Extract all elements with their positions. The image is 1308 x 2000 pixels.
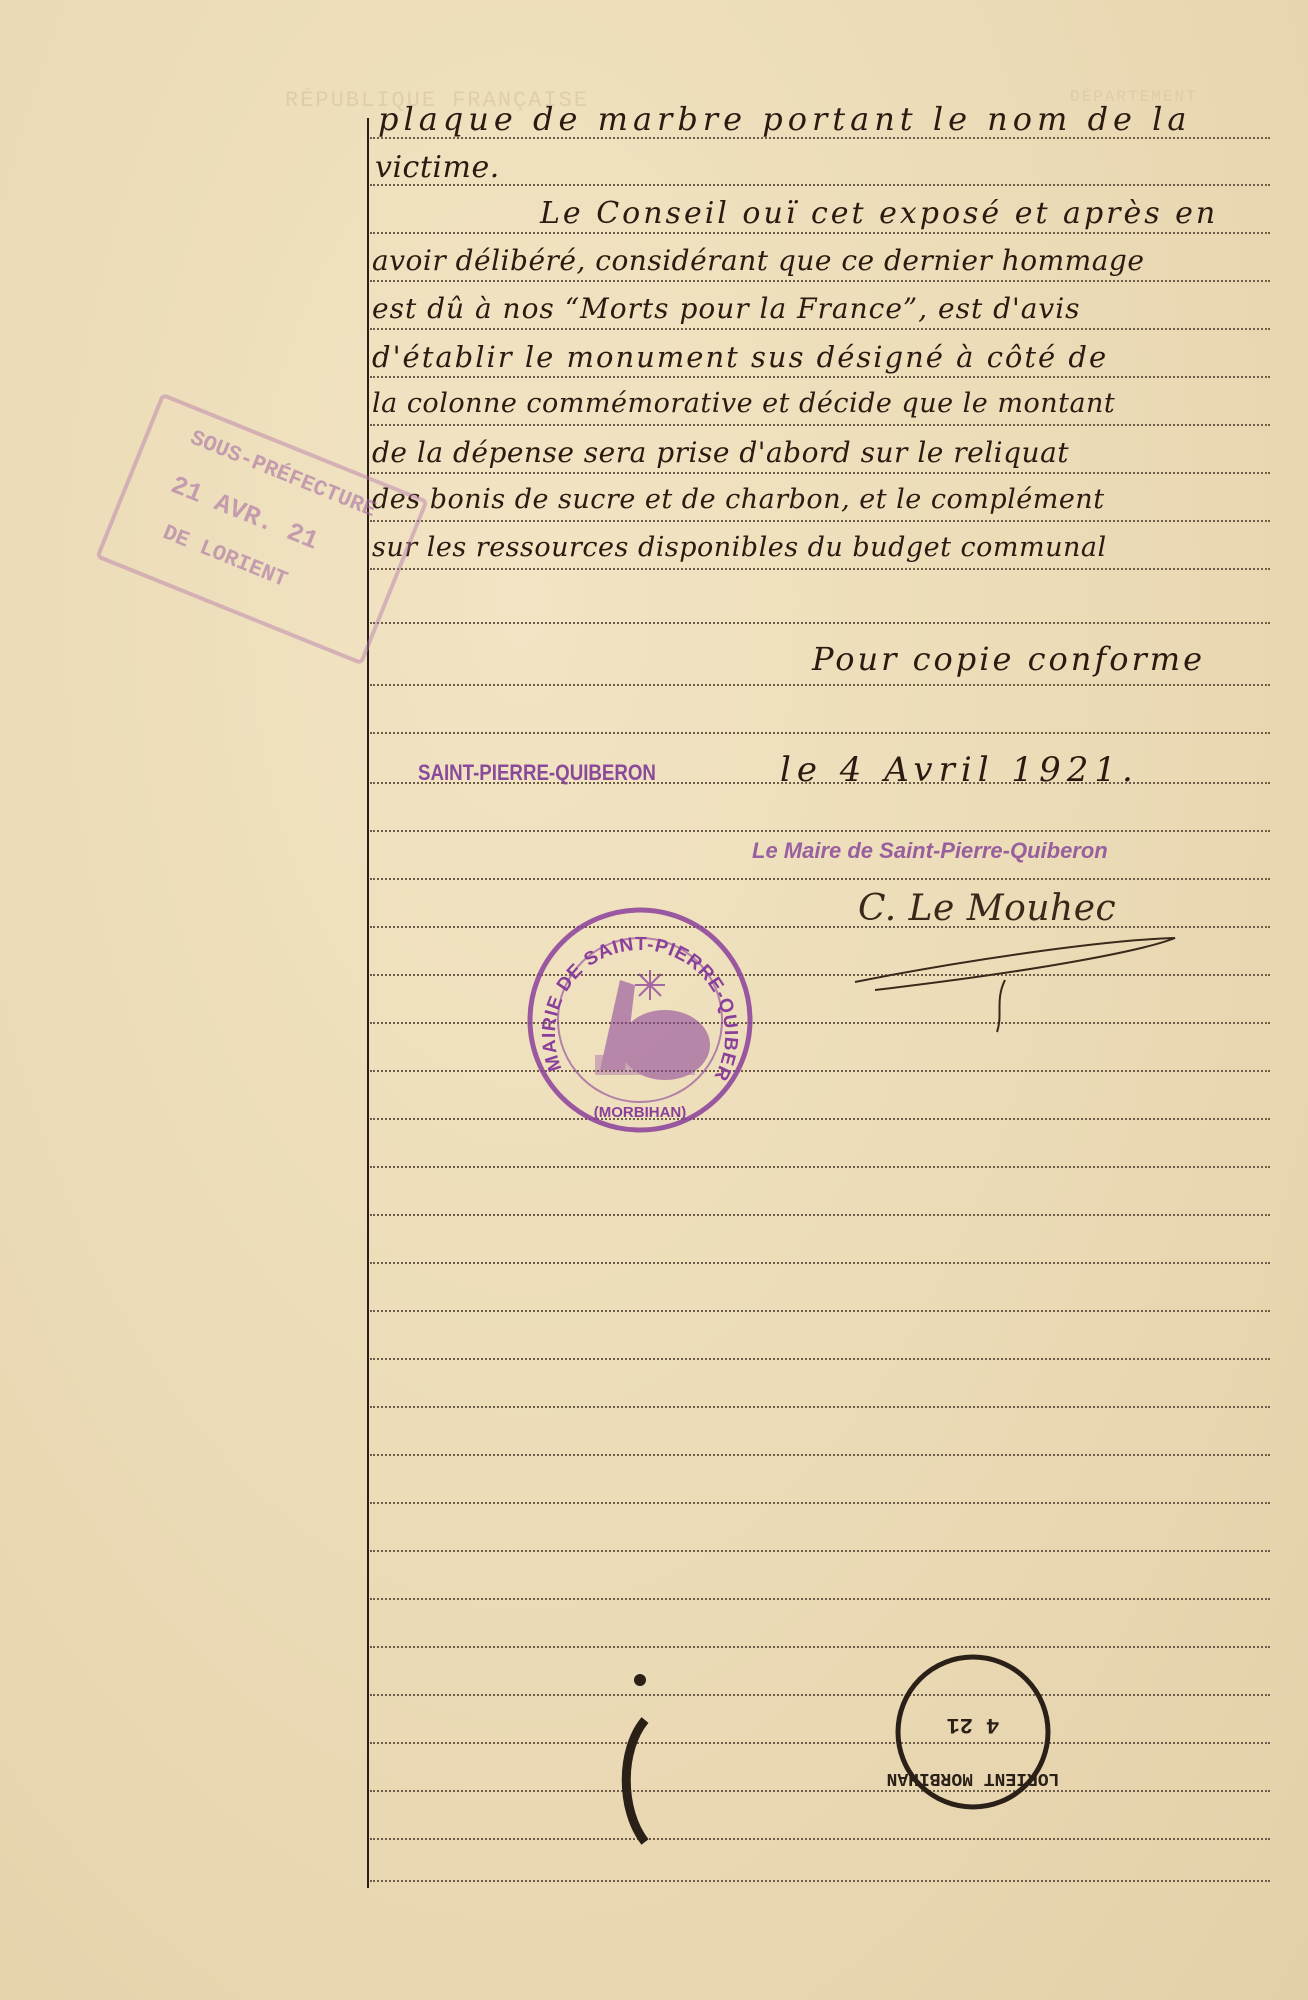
ruled-line	[370, 1070, 1270, 1072]
postmark-icon: LORIENT MORBIHAN 4 21	[885, 1650, 1060, 1815]
ruled-line	[370, 1550, 1270, 1552]
mayor-stamp: Le Maire de Saint-Pierre-Quiberon	[752, 838, 1108, 864]
handwritten-line: est dû à nos “Morts pour la France”, est…	[372, 292, 1081, 325]
ruled-line	[370, 878, 1270, 880]
ruled-line	[370, 1454, 1270, 1456]
ruled-line	[370, 328, 1270, 330]
certification-text: Pour copie conforme	[812, 640, 1205, 678]
signature-flourish-icon	[845, 920, 1185, 1040]
mairie-seal-icon: MAIRIE DE SAINT-PIERRE-QUIBERON (MORBIHA…	[525, 905, 755, 1135]
ruled-line	[370, 1166, 1270, 1168]
handwritten-line: plaque de marbre portant le nom de la	[378, 100, 1191, 138]
place-stamp: SAINT-PIERRE-QUIBERON	[418, 760, 656, 786]
ruled-line	[370, 1358, 1270, 1360]
handwritten-line: la colonne commémorative et décide que l…	[372, 388, 1115, 419]
ruled-line	[370, 568, 1270, 570]
ruled-line	[370, 1694, 1270, 1696]
handwritten-line: Le Conseil ouï cet exposé et après en	[540, 196, 1218, 231]
handwritten-line: de la dépense sera prise d'abord sur le …	[372, 436, 1069, 469]
ruled-line	[370, 1118, 1270, 1120]
margin-rule	[367, 118, 369, 1888]
ruled-line	[370, 1742, 1270, 1744]
document-page: RÉPUBLIQUE FRANÇAISE DÉPARTEMENT plaque …	[0, 0, 1308, 2000]
ruled-line	[370, 520, 1270, 522]
ruled-line	[370, 622, 1270, 624]
ruled-line	[370, 280, 1270, 282]
handwritten-line: sur les ressources disponibles du budget…	[372, 532, 1107, 563]
ruled-line	[370, 232, 1270, 234]
ruled-line	[370, 1598, 1270, 1600]
ruled-line	[370, 1502, 1270, 1504]
ruled-line	[370, 376, 1270, 378]
handwritten-line: victime.	[375, 150, 500, 185]
ruled-line	[370, 1310, 1270, 1312]
ruled-line	[370, 1790, 1270, 1792]
ruled-line	[370, 1880, 1270, 1882]
ruled-line	[370, 424, 1270, 426]
date-line: le 4 Avril 1921.	[780, 750, 1139, 790]
handwritten-line: des bonis de sucre et de charbon, et le …	[372, 484, 1105, 515]
partial-postmark-icon	[615, 1670, 655, 1850]
ruled-line	[370, 472, 1270, 474]
ruled-line	[370, 684, 1270, 686]
svg-text:4 21: 4 21	[947, 1712, 1000, 1737]
ruled-line	[370, 1646, 1270, 1648]
ruled-line	[370, 1406, 1270, 1408]
sous-prefecture-stamp: SOUS-PRÉFECTURE 21 AVR. 21 DE LORIENT	[95, 393, 429, 666]
handwritten-line: d'établir le monument sus désigné à côté…	[372, 340, 1108, 374]
svg-text:LORIENT MORBIHAN: LORIENT MORBIHAN	[887, 1768, 1060, 1788]
ruled-line	[370, 830, 1270, 832]
ruled-line	[370, 1838, 1270, 1840]
ruled-line	[370, 1262, 1270, 1264]
ruled-line	[370, 184, 1270, 186]
ruled-line	[370, 732, 1270, 734]
svg-text:(MORBIHAN): (MORBIHAN)	[594, 1104, 686, 1121]
ruled-line	[370, 1214, 1270, 1216]
handwritten-line: avoir délibéré, considérant que ce derni…	[372, 244, 1144, 277]
